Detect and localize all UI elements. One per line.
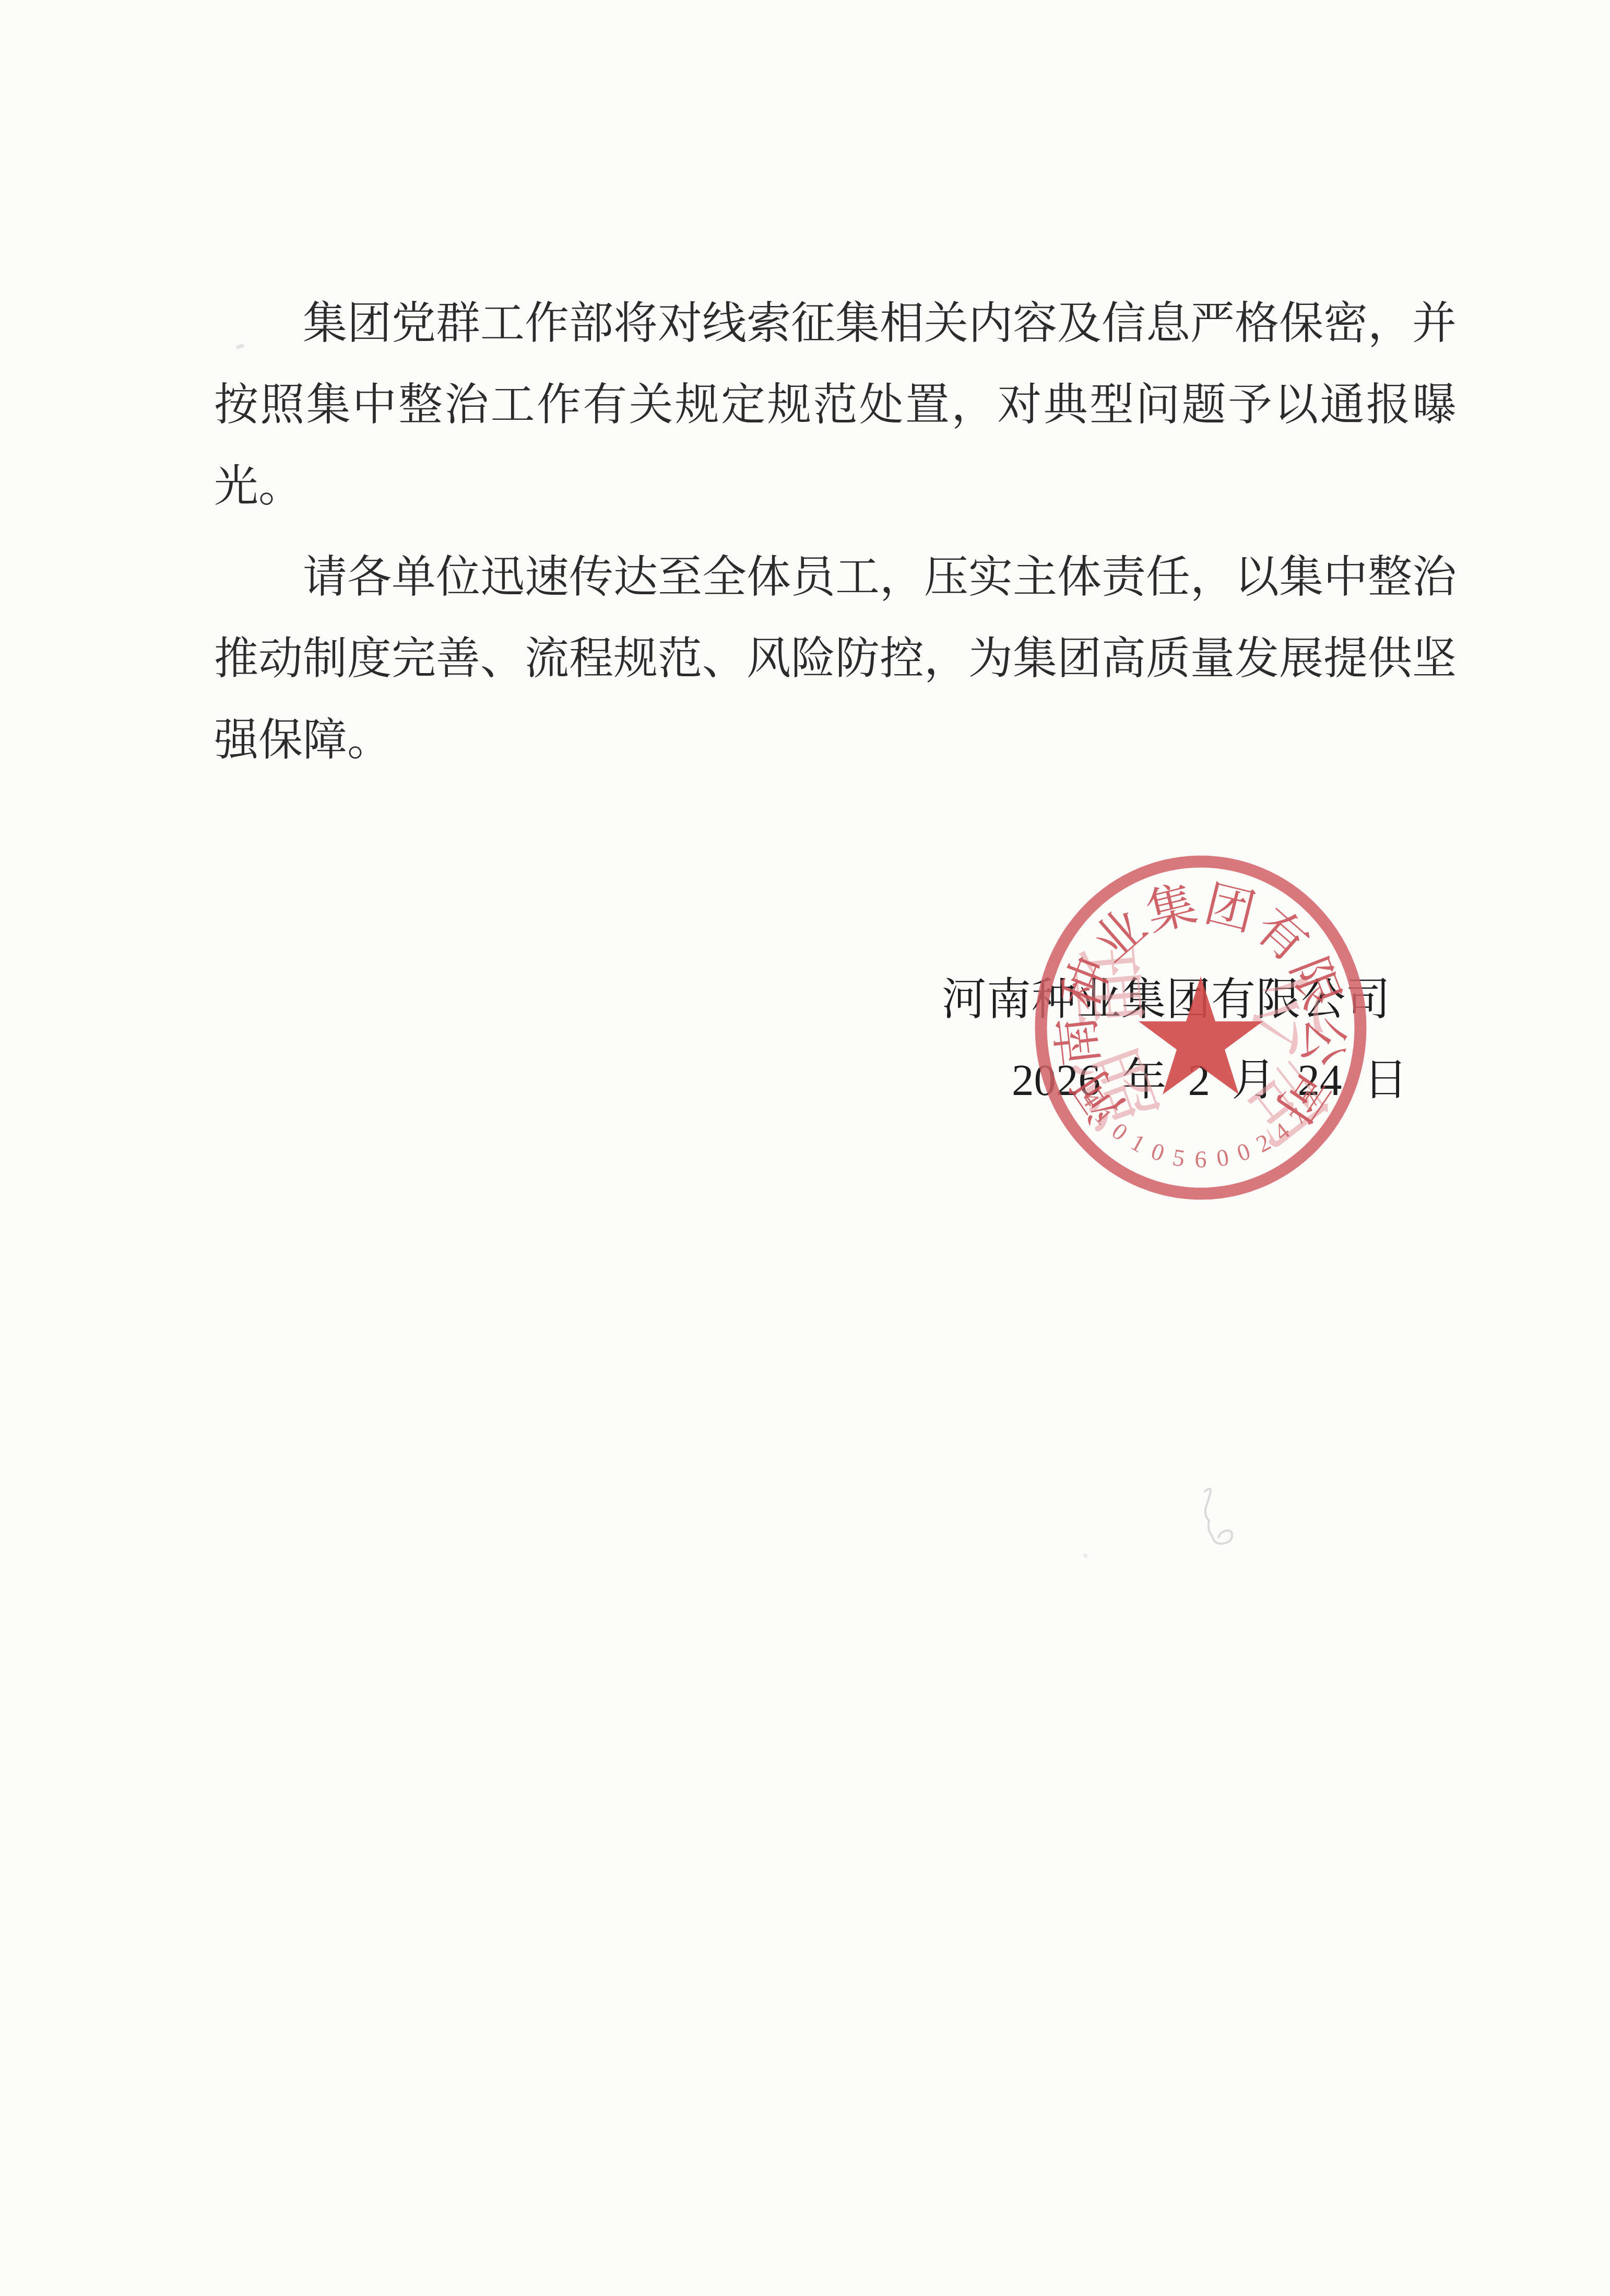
scan-artifact-squiggle — [1169, 1473, 1284, 1577]
paragraph: 请各单位迅速传达至全体员工，压实主体责任，以集中整治 推动制度完善、流程规范、风… — [214, 537, 1457, 781]
seal-ring-char: 集 — [1141, 876, 1202, 941]
text-line: 推动制度完善、流程规范、风险防控，为集团高质量发展提供坚 — [214, 618, 1457, 700]
paragraph: 集团党群工作部将对线索征集相关内容及信息严格保密，并 按照集中整治工作有关规定规… — [214, 283, 1457, 527]
seal-serial-digit: 1 — [1127, 1128, 1150, 1158]
text-line: 请各单位迅速传达至全体员工，压实主体责任，以集中整治 — [214, 537, 1457, 618]
seal-serial-digit: 0 — [1148, 1137, 1168, 1167]
scanned-letter-page: 集团党群工作部将对线索征集相关内容及信息严格保密，并 按照集中整治工作有关规定规… — [0, 0, 1610, 2296]
text-line: 按照集中整治工作有关规定规范处置，对典型问题予以通报曝 — [214, 364, 1457, 446]
seal-ring-char: 公 — [1293, 1014, 1353, 1069]
document-body: 集团党群工作部将对线索征集相关内容及信息严格保密，并 按照集中整治工作有关规定规… — [214, 283, 1457, 781]
text-line: 集团党群工作部将对线索征集相关内容及信息严格保密，并 — [214, 283, 1457, 364]
official-seal: 理 照 公 司 河 南 种 业 集 团 有 限 公 司 4 1 0 1 0 — [1018, 835, 1383, 1222]
text-line: 光。 — [214, 446, 1457, 527]
seal-serial-digit: 5 — [1170, 1144, 1187, 1172]
seal-serial-digit: 0 — [1234, 1137, 1253, 1167]
seal-serial-digit: 6 — [1195, 1146, 1207, 1173]
seal-ring-char: 南 — [1048, 1014, 1109, 1069]
seal-star-icon — [1139, 976, 1263, 1094]
seal-serial-digit: 0 — [1214, 1144, 1230, 1172]
text-line: 强保障。 — [214, 700, 1457, 781]
scan-speck — [1083, 1553, 1087, 1558]
